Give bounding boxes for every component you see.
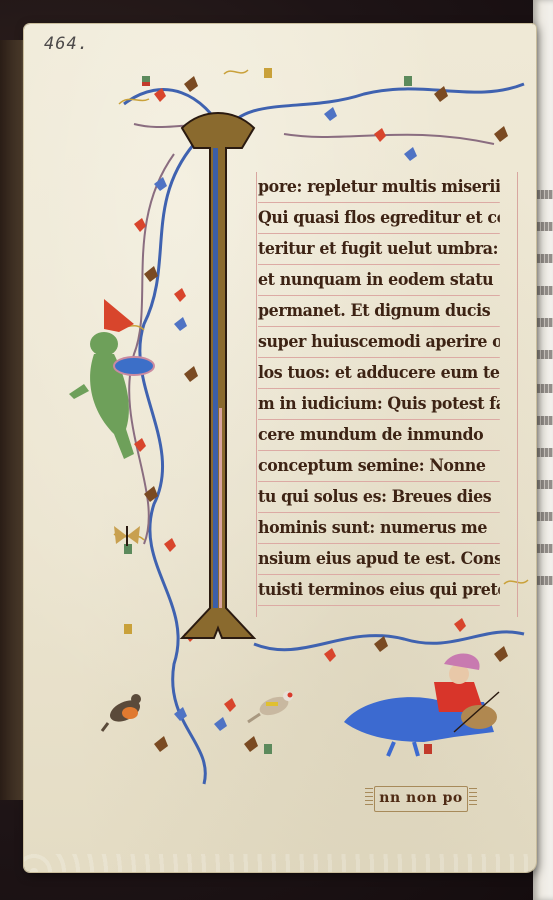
text-line: pore: repletur multis miseriis. (258, 172, 500, 203)
text-line: conceptum semine: Nonne (258, 451, 500, 482)
text-line: nsium eius apud te est. Consti (258, 544, 500, 575)
butterfly-icon (112, 524, 142, 548)
text-line: cere mundum de inmundo (258, 420, 500, 451)
text-line: tuisti terminos eius qui prete (258, 575, 500, 606)
text-line: teritur et fugit uelut umbra: (258, 234, 500, 265)
goldfinch-bird-icon (246, 684, 301, 729)
text-line: los tuos: et adducere eum tecu (258, 358, 500, 389)
blue-beast-fiddler-icon (334, 642, 504, 752)
text-line: hominis sunt: numerus me (258, 513, 500, 544)
text-block: pore: repletur multis miseriis. Qui quas… (256, 172, 518, 617)
text-line: super huiuscemodi aperire ocu (258, 327, 500, 358)
text-line: Qui quasi flos egreditur et co (258, 203, 500, 234)
text-line: tu qui solus es: Breues dies (258, 482, 500, 513)
illuminated-initial-i-icon (182, 108, 254, 648)
green-dragon-icon (64, 294, 154, 464)
text-line: m in iudicium: Quis potest fa (258, 389, 500, 420)
text-line: et nunquam in eodem statu (258, 265, 500, 296)
manuscript-page: 464. (24, 24, 536, 872)
catchword: nn non po (374, 786, 468, 812)
robin-bird-icon (100, 689, 150, 734)
adjacent-page-edge (533, 0, 553, 900)
text-line: permanet. Et dignum ducis (258, 296, 500, 327)
